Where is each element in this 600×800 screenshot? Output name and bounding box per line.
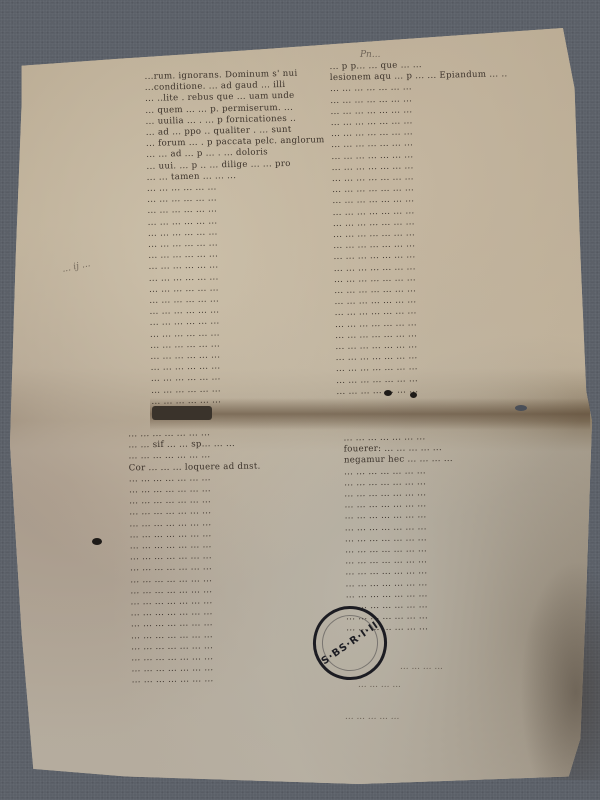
bottom-note-2: ... ... ... ...: [358, 680, 401, 690]
bottom-note-1: ... ... ... ...: [400, 662, 443, 672]
upper-right-column: ... p p... ... que ... ...lesionem aqu .…: [330, 58, 527, 397]
top-note: Pn...: [360, 50, 380, 60]
hole-2: [410, 392, 417, 398]
upper-left-column: ...rum. ignorans. Dominum s' nui...condi…: [145, 68, 330, 407]
fold-tear: [152, 406, 212, 420]
lower-right-column: ... ... ... ... ... ... ...fouerer: ... …: [344, 431, 552, 644]
hole-1: [384, 390, 392, 396]
hole-3: [515, 405, 527, 411]
lower-left-column: ... ... ... ... ... ... ...... ... sif .…: [128, 427, 332, 690]
ink-blot: [92, 538, 102, 545]
text-line: ... ... ... ... ... ... ...: [132, 673, 332, 687]
bottom-note-3: ... ... ... ... ...: [345, 712, 399, 722]
